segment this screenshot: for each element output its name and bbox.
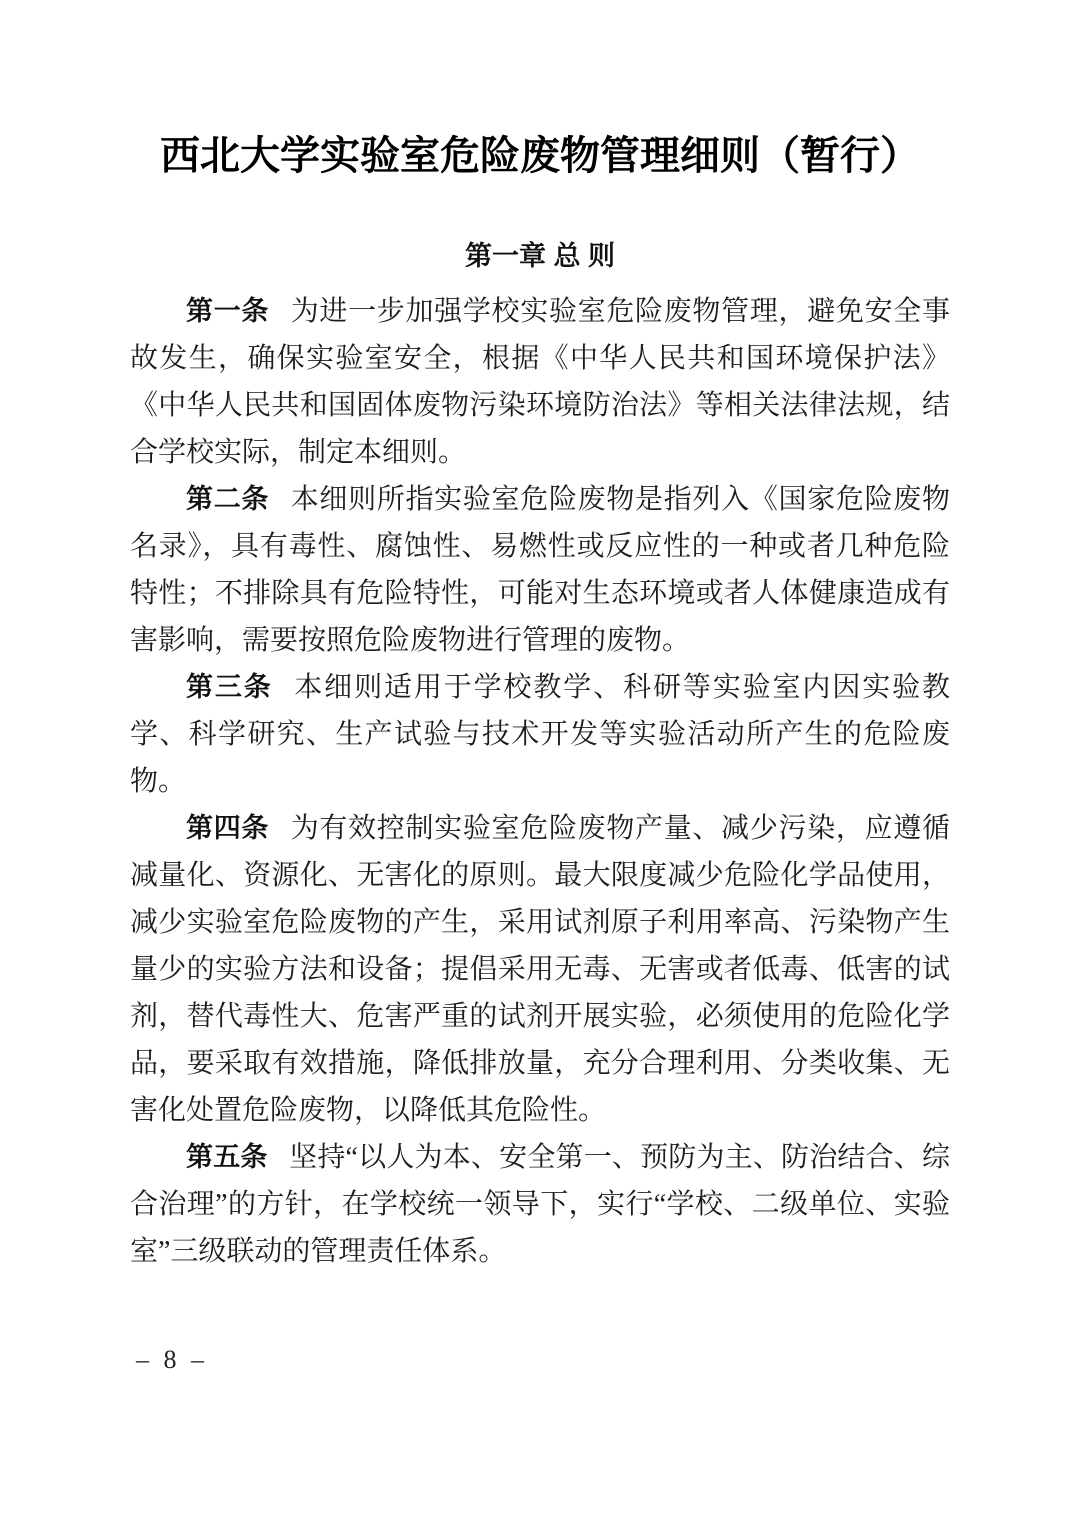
page-number: – 8 – (136, 1344, 208, 1376)
document-title: 西北大学实验室危险废物管理细则（暂行） (130, 130, 950, 182)
article-1: 第一条为进一步加强学校实验室危险废物管理，避免安全事故发生，确保实验室安全，根据… (130, 288, 950, 476)
article-2: 第二条本细则所指实验室危险废物是指列入《国家危险废物名录》，具有毒性、腐蚀性、易… (130, 476, 950, 664)
document-page: 西北大学实验室危险废物管理细则（暂行） 第一章 总 则 第一条为进一步加强学校实… (0, 0, 1080, 1528)
article-5: 第五条坚持“以人为本、安全第一、预防为主、防治结合、综合治理”的方针，在学校统一… (130, 1134, 950, 1275)
article-1-number: 第一条 (186, 296, 269, 326)
article-5-number: 第五条 (186, 1142, 268, 1172)
article-2-number: 第二条 (186, 484, 269, 514)
article-3-number: 第三条 (186, 672, 273, 702)
document-body: 第一条为进一步加强学校实验室危险废物管理，避免安全事故发生，确保实验室安全，根据… (130, 288, 950, 1275)
article-4-number: 第四条 (186, 813, 269, 843)
article-3: 第三条本细则适用于学校教学、科研等实验室内因实验教学、科学研究、生产试验与技术开… (130, 664, 950, 805)
chapter-heading: 第一章 总 则 (130, 240, 950, 272)
article-4: 第四条为有效控制实验室危险废物产量、减少污染，应遵循减量化、资源化、无害化的原则… (130, 805, 950, 1134)
article-4-text: 为有效控制实验室危险废物产量、减少污染，应遵循减量化、资源化、无害化的原则。最大… (130, 813, 950, 1126)
